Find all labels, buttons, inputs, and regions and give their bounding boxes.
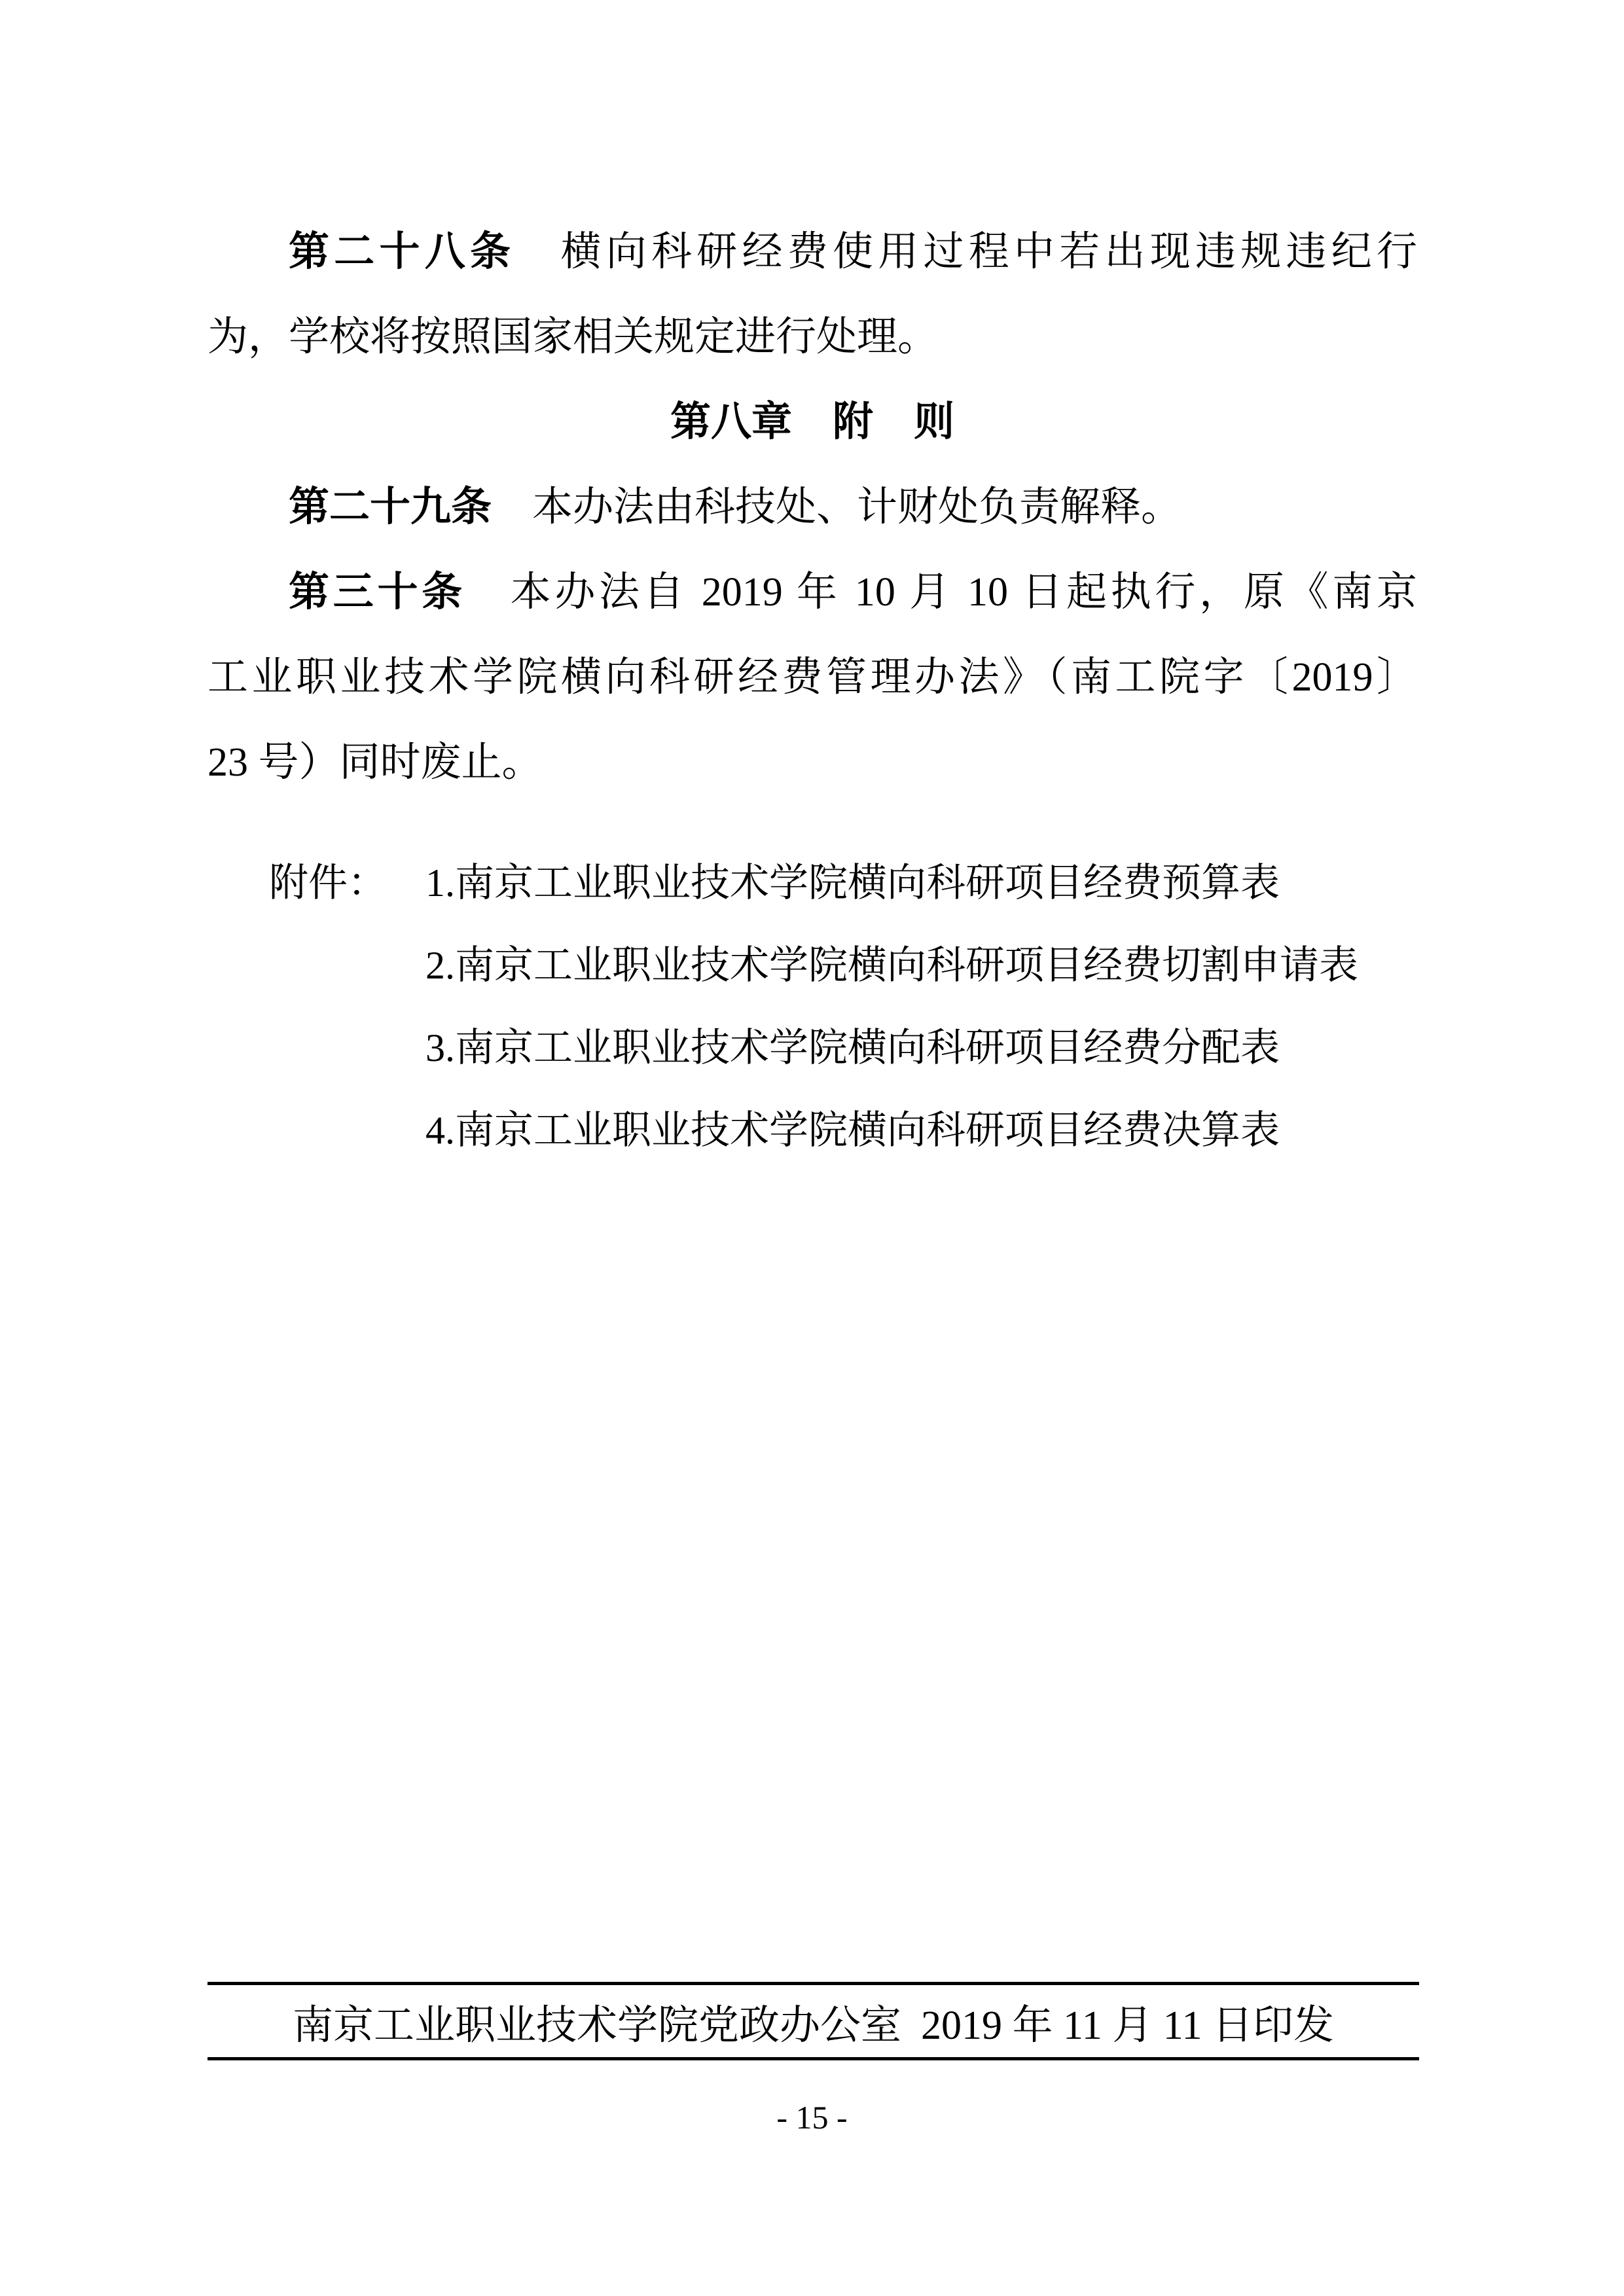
article-30-line-2: 工业职业技术学院横向科研经费管理办法》（南工院字〔2019〕 xyxy=(208,635,1417,720)
article-30-text-middle: 工业职业技术学院横向科研经费管理办法》（南工院字〔2019〕 xyxy=(208,655,1417,700)
article-28-text-end: 为，学校将按照国家相关规定进行处理。 xyxy=(208,315,938,359)
article-28-line-1: 第二十八条 横向科研经费使用过程中若出现违规违纪行 xyxy=(208,209,1417,295)
document-body: 第二十八条 横向科研经费使用过程中若出现违规违纪行 为，学校将按照国家相关规定进… xyxy=(208,209,1417,1172)
article-30-line-1: 第三十条 本办法自 2019 年 10 月 10 日起执行，原《南京 xyxy=(208,550,1417,635)
article-29-number: 第二十九条 xyxy=(289,485,492,529)
article-30-number: 第三十条 xyxy=(289,570,466,615)
article-28-number: 第二十八条 xyxy=(289,230,515,274)
document-page: { "colors": { "text": "#000000", "page_b… xyxy=(0,0,1624,2296)
article-29-text: 本办法由科技处、计财处负责解释。 xyxy=(492,485,1182,529)
article-28-text-start: 横向科研经费使用过程中若出现违规违纪行 xyxy=(515,230,1417,274)
attachments-label: 附件： xyxy=(269,842,425,924)
attachments-first-row: 附件： 1.南京工业职业技术学院横向科研项目经费预算表 xyxy=(208,842,1417,924)
footer-print-date: 2019 年 11 月 11 日印发 xyxy=(921,1992,1334,2051)
footer-issuer: 南京工业职业技术学院党政办公室 xyxy=(293,1992,901,2051)
attachment-item-1: 1.南京工业职业技术学院横向科研项目经费预算表 xyxy=(425,842,1280,924)
chapter-8-title: 第八章 附 则 xyxy=(670,400,954,444)
footer-colophon: 南京工业职业技术学院党政办公室 2019 年 11 月 11 日印发 xyxy=(208,1985,1419,2057)
page-number: - 15 - xyxy=(0,2098,1624,2137)
article-29-line: 第二十九条 本办法由科技处、计财处负责解释。 xyxy=(208,465,1417,550)
attachment-item-4: 4.南京工业职业技术学院横向科研项目经费决算表 xyxy=(425,1089,1417,1172)
attachments-list: 附件： 1.南京工业职业技术学院横向科研项目经费预算表 2.南京工业职业技术学院… xyxy=(208,842,1417,1172)
attachment-item-3: 3.南京工业职业技术学院横向科研项目经费分配表 xyxy=(425,1007,1417,1089)
footer-bottom-rule xyxy=(208,2057,1419,2060)
chapter-8-heading: 第八章 附 则 xyxy=(208,380,1417,465)
article-30-line-3: 23 号）同时废止。 xyxy=(208,720,1417,805)
article-30-text-end: 23 号）同时废止。 xyxy=(208,740,543,785)
article-28-line-2: 为，学校将按照国家相关规定进行处理。 xyxy=(208,295,1417,380)
attachment-item-2: 2.南京工业职业技术学院横向科研项目经费切割申请表 xyxy=(425,924,1417,1007)
article-30-text-start: 本办法自 2019 年 10 月 10 日起执行，原《南京 xyxy=(466,570,1417,615)
